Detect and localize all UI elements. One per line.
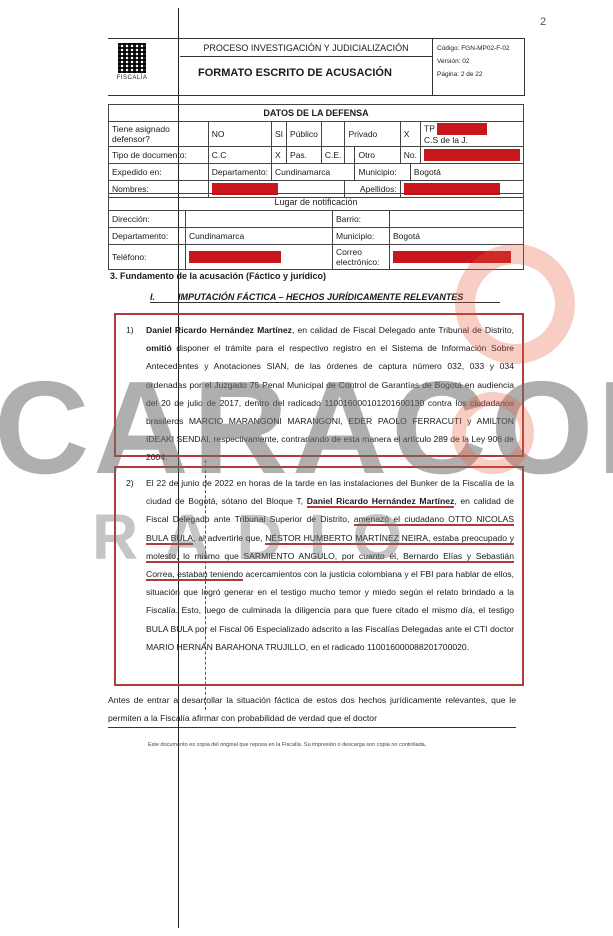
notif-department-label: Departamento: — [109, 228, 186, 245]
document-header: FISCALÍA PROCESO INVESTIGACIÓN Y JUDICIA… — [108, 38, 525, 96]
cc-label: C.C — [208, 147, 271, 164]
notification-title: Lugar de notificación — [109, 194, 524, 211]
fact-number: 2) — [126, 474, 134, 492]
fiscalia-logo: FISCALÍA — [114, 43, 150, 87]
subsection-heading: I.IMPUTACIÓN FÁCTICA – HECHOS JURÍDICAME… — [150, 292, 500, 303]
neighborhood-label: Barrio: — [333, 211, 390, 228]
subsection-number: I. — [150, 292, 178, 302]
address-label: Dirección: — [109, 211, 186, 228]
redacted-tp — [437, 123, 487, 135]
tp-label: TP — [424, 123, 435, 133]
tp-cell: TP C.S de la J. — [421, 122, 524, 147]
doc-type-label: Tipo de documento: — [109, 147, 209, 164]
public-value — [321, 122, 345, 147]
municipality-label: Municipio: — [355, 164, 410, 181]
accused-name: Daniel Ricardo Hernández Martínez — [307, 496, 455, 508]
document-title: FORMATO ESCRITO DE ACUSACIÓN — [198, 67, 392, 79]
redacted-doc-number — [424, 149, 520, 161]
phone-label: Teléfono: — [109, 245, 186, 270]
no-label: NO — [208, 122, 271, 147]
doc-page: Página: 2 de 22 — [433, 65, 525, 78]
continuation-paragraph: Antes de entrar a desarrollar la situaci… — [108, 691, 516, 728]
doc-code: Código: FGN-MP02-F-02 — [433, 39, 525, 52]
defense-title: DATOS DE LA DEFENSA — [109, 105, 524, 122]
si-label: SI — [272, 122, 287, 147]
fact-text: acercamientos con la justicia colombiana… — [146, 569, 514, 652]
phone-value — [186, 245, 333, 270]
process-name: PROCESO INVESTIGACIÓN Y JUDICIALIZACIÓN — [180, 43, 432, 57]
fact-text: , al advertirle que, — [193, 533, 265, 543]
fact-number: 1) — [126, 321, 134, 339]
notification-table: Lugar de notificación Dirección: Barrio:… — [108, 193, 524, 270]
cc-value: X — [272, 147, 287, 164]
address-value — [186, 211, 333, 228]
qr-code-icon — [118, 43, 146, 73]
pas-label: Pas. — [287, 147, 322, 164]
cs-label: C.S de la J. — [424, 135, 468, 145]
notif-department-value: Cundinamarca — [186, 228, 333, 245]
ce-value — [345, 147, 355, 164]
fact-box-2: 2) El 22 de junio de 2022 en horas de la… — [114, 466, 524, 686]
municipality-value: Bogotá — [410, 164, 523, 181]
issued-label: Expedido en: — [109, 164, 209, 181]
notif-municipality-label: Municipio: — [333, 228, 390, 245]
doc-version: Versión: 02 — [433, 52, 525, 65]
ce-label: C.E. — [321, 147, 345, 164]
department-value: Cundinamarca — [272, 164, 355, 181]
footer-note: Este documento es copia del original que… — [148, 742, 426, 748]
logo-text: FISCALÍA — [114, 75, 150, 81]
document-meta: Código: FGN-MP02-F-02 Versión: 02 Página… — [432, 39, 525, 95]
private-value: X — [400, 122, 420, 147]
has-defender-label: Tiene asignado defensor? — [109, 122, 209, 147]
subsection-title: IMPUTACIÓN FÁCTICA – HECHOS JURÍDICAMENT… — [178, 292, 463, 302]
department-label: Departamento: — [208, 164, 271, 181]
accused-name: Daniel Ricardo Hernández Martínez — [146, 325, 292, 335]
otro-label: Otro — [355, 147, 400, 164]
fact-emphasis: omitió — [146, 343, 172, 353]
doc-number-label: No. — [400, 147, 420, 164]
redacted-phone — [189, 251, 281, 263]
notif-municipality-value: Bogotá — [390, 228, 524, 245]
neighborhood-value — [390, 211, 524, 228]
email-label: Correo electrónico: — [333, 245, 390, 270]
private-label: Privado — [345, 122, 400, 147]
section-heading: 3. Fundamento de la acusación (Fáctico y… — [110, 271, 326, 281]
defense-table: DATOS DE LA DEFENSA Tiene asignado defen… — [108, 104, 524, 198]
watermark-ring-icon — [455, 244, 575, 364]
public-label: Público — [287, 122, 322, 147]
doc-number-value — [421, 147, 524, 164]
page-marker: 2 — [540, 16, 546, 28]
watermark-ring-icon — [452, 392, 534, 474]
